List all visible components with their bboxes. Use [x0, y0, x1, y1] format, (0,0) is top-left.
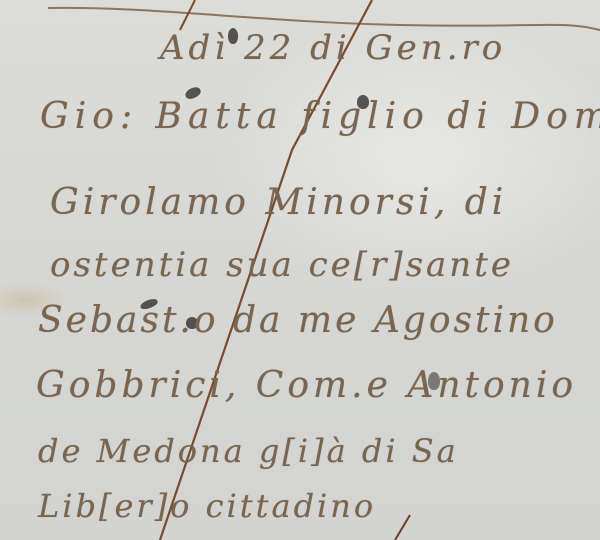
manuscript-line-8: Lib[er]o cittadino [38, 487, 376, 525]
manuscript-line-7: de Medona g[i]à di Sa [38, 432, 459, 470]
manuscript-line-1: Adì 22 di Gen.ro [160, 28, 506, 68]
manuscript-line-2: Gio: Batta figlio di Dom.co di [40, 96, 600, 137]
manuscript-line-6: Gobbrici, Com.e Antonio [36, 365, 577, 406]
manuscript-line-5: Sebast.o da me Agostino [38, 300, 558, 341]
manuscript-page: Adì 22 di Gen.ro Gio: Batta figlio di Do… [0, 0, 600, 540]
manuscript-line-4: ostentia sua ce[r]sante [50, 245, 514, 285]
manuscript-line-3: Girolamo Minorsi, di [50, 182, 507, 223]
